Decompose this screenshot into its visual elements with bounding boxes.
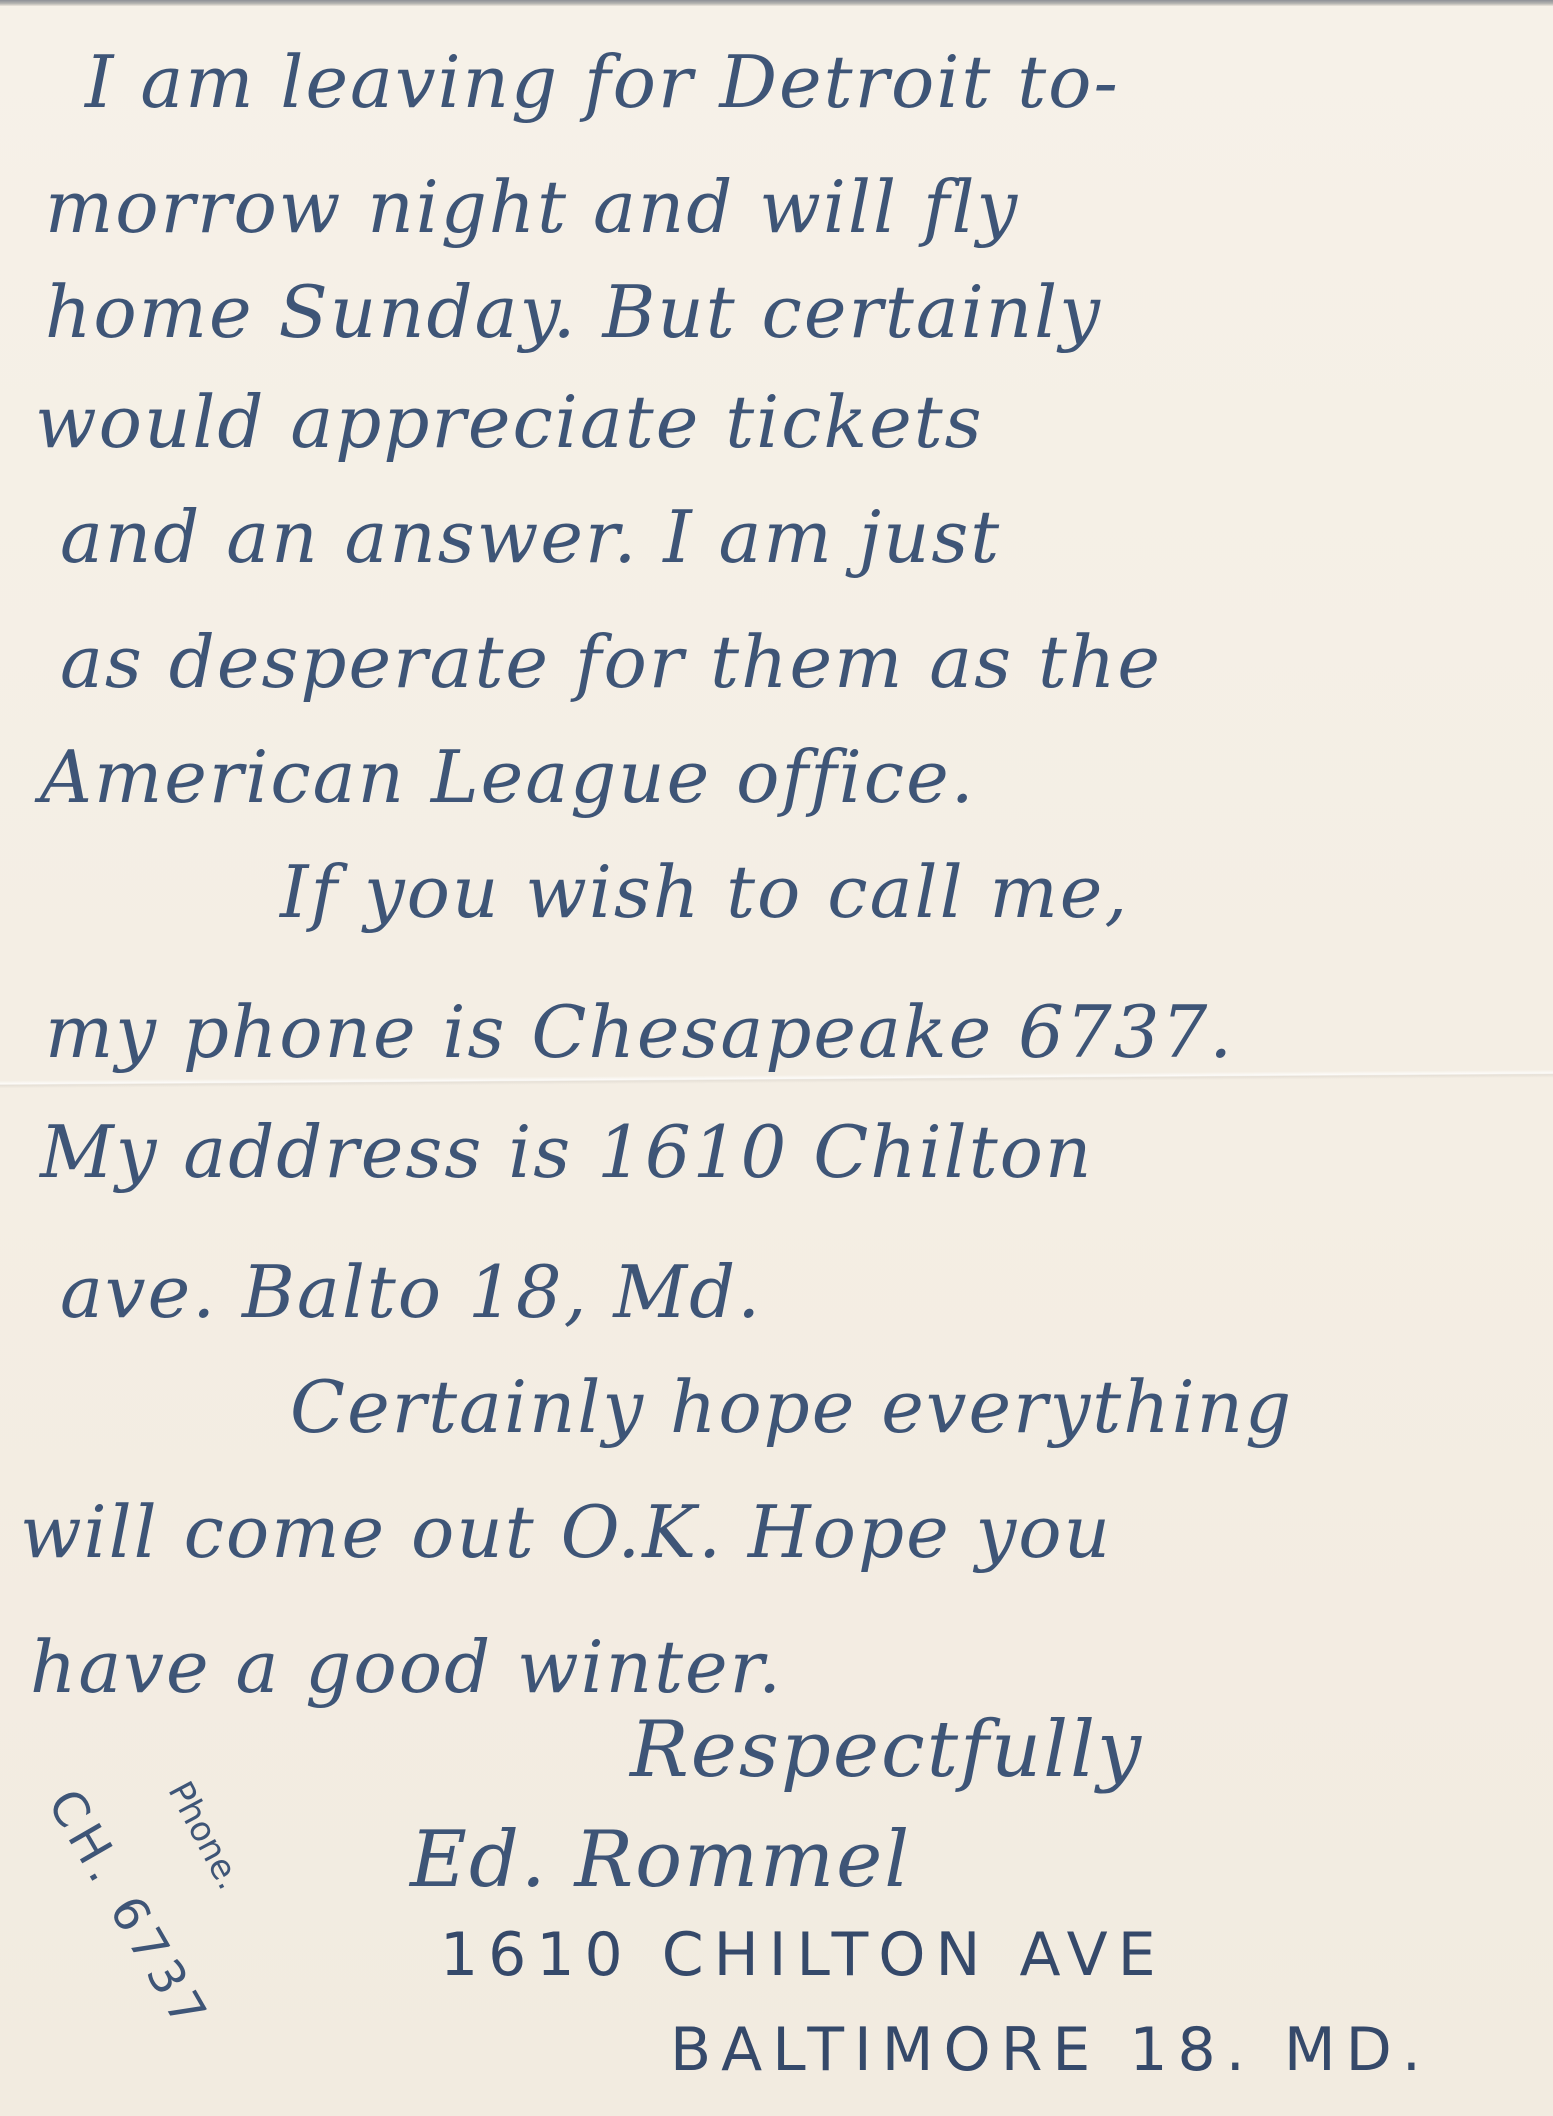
letter-line-2: morrow night and will fly bbox=[45, 165, 1019, 249]
letter-signature: Ed. Rommel bbox=[410, 1815, 911, 1905]
letter-line-13: will come out O.K. Hope you bbox=[20, 1490, 1112, 1574]
letter-line-3: home Sunday. But certainly bbox=[45, 270, 1102, 354]
letter-line-4: would appreciate tickets bbox=[35, 380, 984, 464]
letter-line-6: as desperate for them as the bbox=[60, 620, 1162, 704]
letter-line-11: ave. Balto 18, Md. bbox=[60, 1250, 762, 1334]
letter-line-12: Certainly hope everything bbox=[290, 1365, 1293, 1449]
letter-line-7: American League office. bbox=[40, 735, 976, 819]
address-line-2: BALTIMORE 18. MD. bbox=[670, 2015, 1431, 2085]
letter-line-14: have a good winter. bbox=[30, 1625, 783, 1709]
side-note-phone-label: Phone. bbox=[160, 1775, 250, 1896]
letter-line-10: My address is 1610 Chilton bbox=[40, 1110, 1093, 1194]
letter-closing: Respectfully bbox=[630, 1705, 1143, 1795]
letter-line-1: I am leaving for Detroit to- bbox=[85, 40, 1120, 124]
letter-line-5: and an answer. I am just bbox=[60, 495, 1001, 579]
letter-paper: I am leaving for Detroit to- morrow nigh… bbox=[0, 0, 1553, 2116]
letter-line-8: If you wish to call me, bbox=[280, 850, 1129, 934]
address-line-1: 1610 CHILTON AVE bbox=[440, 1920, 1166, 1990]
letter-line-9: my phone is Chesapeake 6737. bbox=[45, 990, 1234, 1074]
paper-top-edge bbox=[0, 0, 1553, 6]
